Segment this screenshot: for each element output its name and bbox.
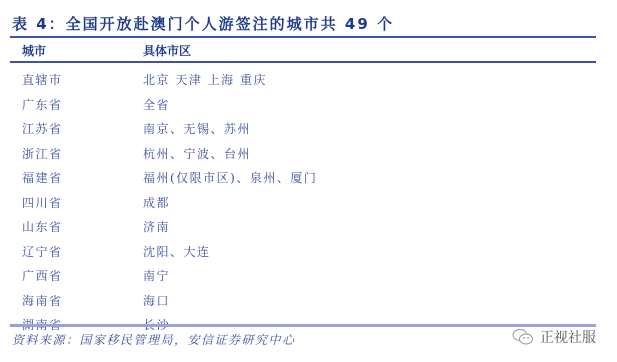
cell-detail: 海口 <box>143 292 170 309</box>
table-title: 表 4：全国开放赴澳门个人游签注的城市共 49 个 <box>12 13 394 34</box>
cell-detail: 成都 <box>143 194 170 211</box>
cell-city: 海南省 <box>22 292 63 309</box>
table-row: 辽宁省 沈阳、大连 <box>0 238 617 263</box>
table-row: 直辖市 北京 天津 上海 重庆 <box>0 66 617 91</box>
wechat-icon <box>512 328 534 346</box>
cell-city: 江苏省 <box>22 120 63 137</box>
cell-detail: 南京、无锡、苏州 <box>143 120 251 137</box>
cell-detail: 杭州、宁波、台州 <box>143 145 251 162</box>
cell-detail: 全省 <box>143 96 170 113</box>
cell-city: 四川省 <box>22 194 63 211</box>
table-row: 广东省 全省 <box>0 91 617 116</box>
column-header-detail: 具体市区 <box>143 42 191 59</box>
cell-detail: 南宁 <box>143 267 170 284</box>
cell-city: 辽宁省 <box>22 243 63 260</box>
cell-city: 浙江省 <box>22 145 63 162</box>
cell-city: 广西省 <box>22 267 63 284</box>
header-divider <box>10 61 596 63</box>
cell-city: 直辖市 <box>22 71 63 88</box>
cell-city: 广东省 <box>22 96 63 113</box>
table-row: 江苏省 南京、无锡、苏州 <box>0 115 617 140</box>
table-row: 浙江省 杭州、宁波、台州 <box>0 140 617 165</box>
table-body: 直辖市 北京 天津 上海 重庆 广东省 全省 江苏省 南京、无锡、苏州 浙江省 … <box>0 66 617 336</box>
source-note: 资料来源：国家移民管理局，安信证券研究中心 <box>12 331 296 348</box>
cell-detail: 济南 <box>143 218 170 235</box>
column-header-city: 城市 <box>22 42 46 59</box>
cell-detail: 北京 天津 上海 重庆 <box>143 71 267 88</box>
cell-city: 山东省 <box>22 218 63 235</box>
watermark-label: 正视社服 <box>540 327 596 347</box>
watermark: 正视社服 <box>512 327 596 347</box>
bottom-divider <box>10 324 596 327</box>
cell-detail: 福州(仅限市区)、泉州、厦门 <box>143 169 317 186</box>
cell-city: 福建省 <box>22 169 63 186</box>
top-divider <box>10 36 596 38</box>
table-row: 四川省 成都 <box>0 189 617 214</box>
table-row: 福建省 福州(仅限市区)、泉州、厦门 <box>0 164 617 189</box>
table-row: 海南省 海口 <box>0 287 617 312</box>
table-row: 山东省 济南 <box>0 213 617 238</box>
cell-detail: 沈阳、大连 <box>143 243 211 260</box>
table-row: 广西省 南宁 <box>0 262 617 287</box>
